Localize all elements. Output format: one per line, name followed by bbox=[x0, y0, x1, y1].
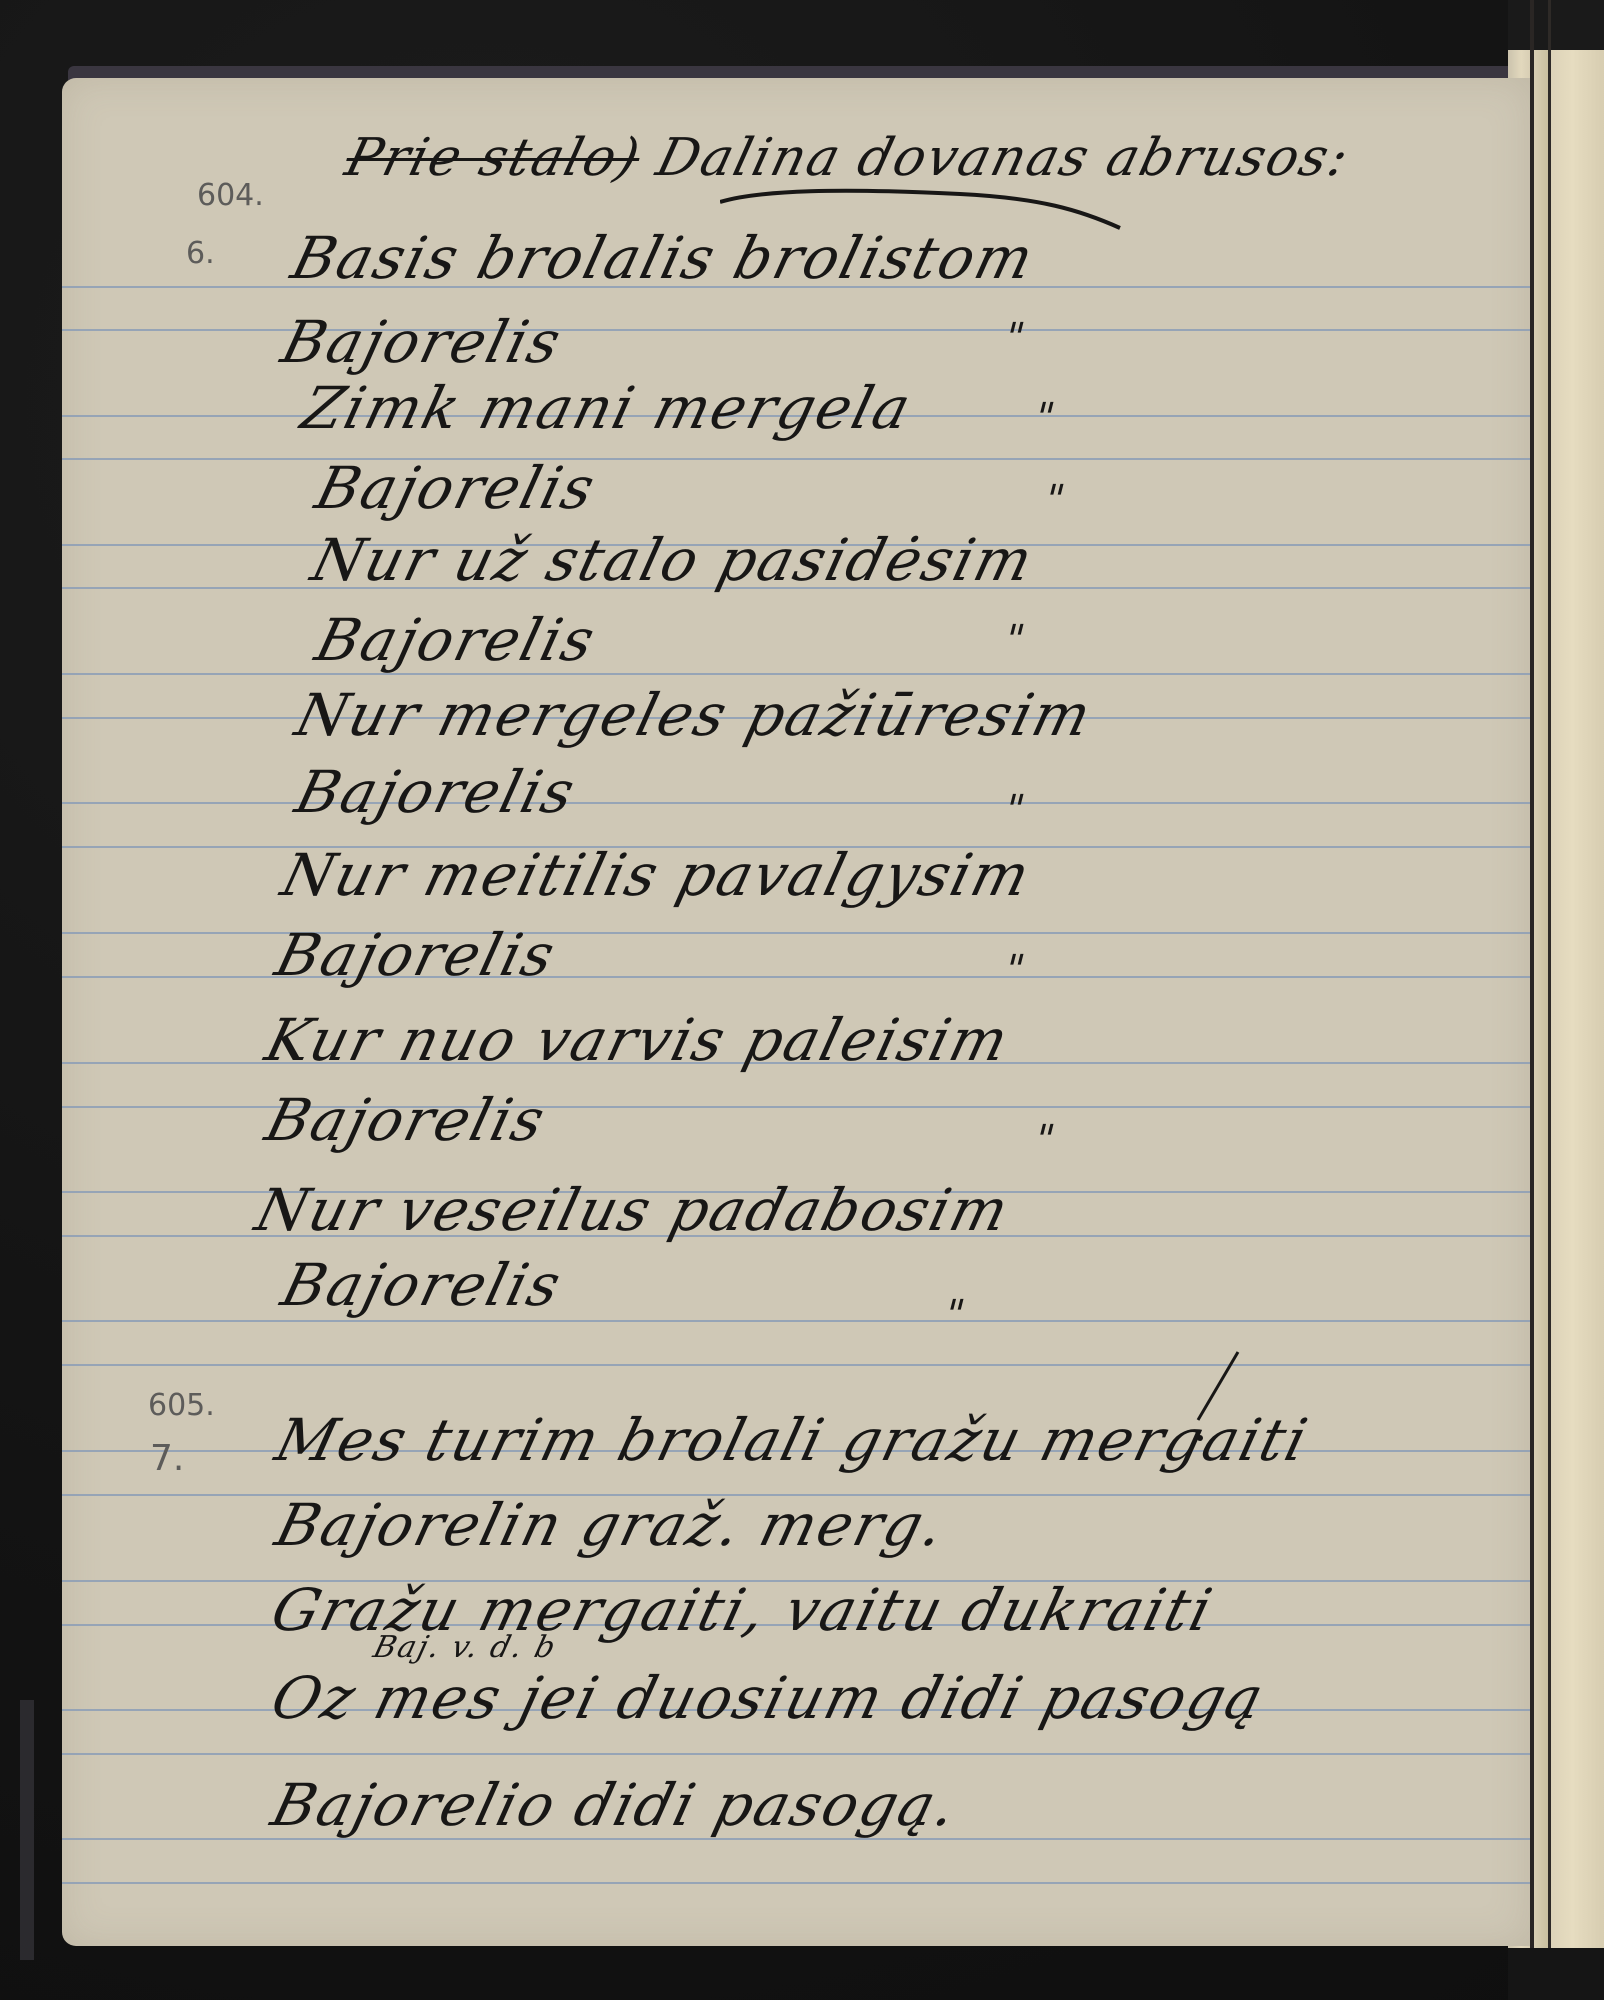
page-left-edge-shadow bbox=[20, 1700, 34, 1960]
interlinear-note: Baj. v. d. b bbox=[370, 1632, 560, 1664]
song-604-line-14: Bajorelis bbox=[276, 1255, 568, 1315]
rule-line bbox=[62, 1753, 1530, 1755]
heading-text: Dalina dovanas abrusos: bbox=[651, 128, 1356, 188]
facing-page-edge bbox=[1551, 50, 1604, 2000]
rule-line bbox=[62, 673, 1530, 675]
song-605-line-2: Bajorelin graž. merg. bbox=[270, 1495, 951, 1555]
binding-bottom bbox=[1508, 1948, 1604, 2000]
song-604-line-6: Bajorelis bbox=[310, 610, 602, 670]
song-604-line-11: Kur nuo varvis paleisim bbox=[260, 1010, 1016, 1070]
song-605-line-4: Oz mes jei duosium didi pasogą bbox=[266, 1668, 1271, 1728]
song-604-line-3: Zimk mani mergela bbox=[296, 378, 918, 438]
binding-strip bbox=[1534, 50, 1548, 2000]
song-605-line-1: Mes turim brolali gražu mergaiti bbox=[270, 1410, 1315, 1470]
song-604-line-1: Basis brolalis brolistom bbox=[286, 228, 1041, 288]
song-605-line-5: Bajorelio didi pasogą. bbox=[266, 1775, 964, 1835]
rule-line bbox=[62, 329, 1530, 331]
song-604-line-13: Nur veseilus padabosim bbox=[250, 1180, 1016, 1240]
rule-line bbox=[62, 802, 1530, 804]
song-604-line-4: Bajorelis bbox=[310, 458, 602, 518]
rule-line bbox=[62, 1882, 1530, 1884]
song-604-line-12: Bajorelis bbox=[260, 1090, 552, 1150]
song-604-line-8: Bajorelis bbox=[290, 762, 582, 822]
rule-line bbox=[62, 1320, 1530, 1322]
song-604-line-5: Nur už stalo pasidėsim bbox=[306, 530, 1040, 590]
heading-line: Prie stalo) Dalina dovanas abrusos: bbox=[340, 130, 1356, 186]
margin-letter-604: 6. bbox=[186, 236, 215, 271]
rule-line bbox=[62, 458, 1530, 460]
margin-letter-605: 7. bbox=[150, 1438, 184, 1479]
margin-number-604: 604. bbox=[197, 178, 264, 213]
margin-number-605: 605. bbox=[148, 1388, 215, 1423]
binding-top bbox=[1508, 0, 1604, 52]
song-604-line-2: Bajorelis bbox=[276, 312, 568, 372]
song-604-line-7: Nur mergeles pažiūresim bbox=[290, 685, 1098, 745]
song-604-line-9: Nur meitilis pavalgysim bbox=[276, 845, 1037, 905]
song-604-line-10: Bajorelis bbox=[270, 925, 562, 985]
heading-struck-text: Prie stalo) bbox=[340, 128, 648, 188]
rule-line bbox=[62, 1364, 1530, 1366]
